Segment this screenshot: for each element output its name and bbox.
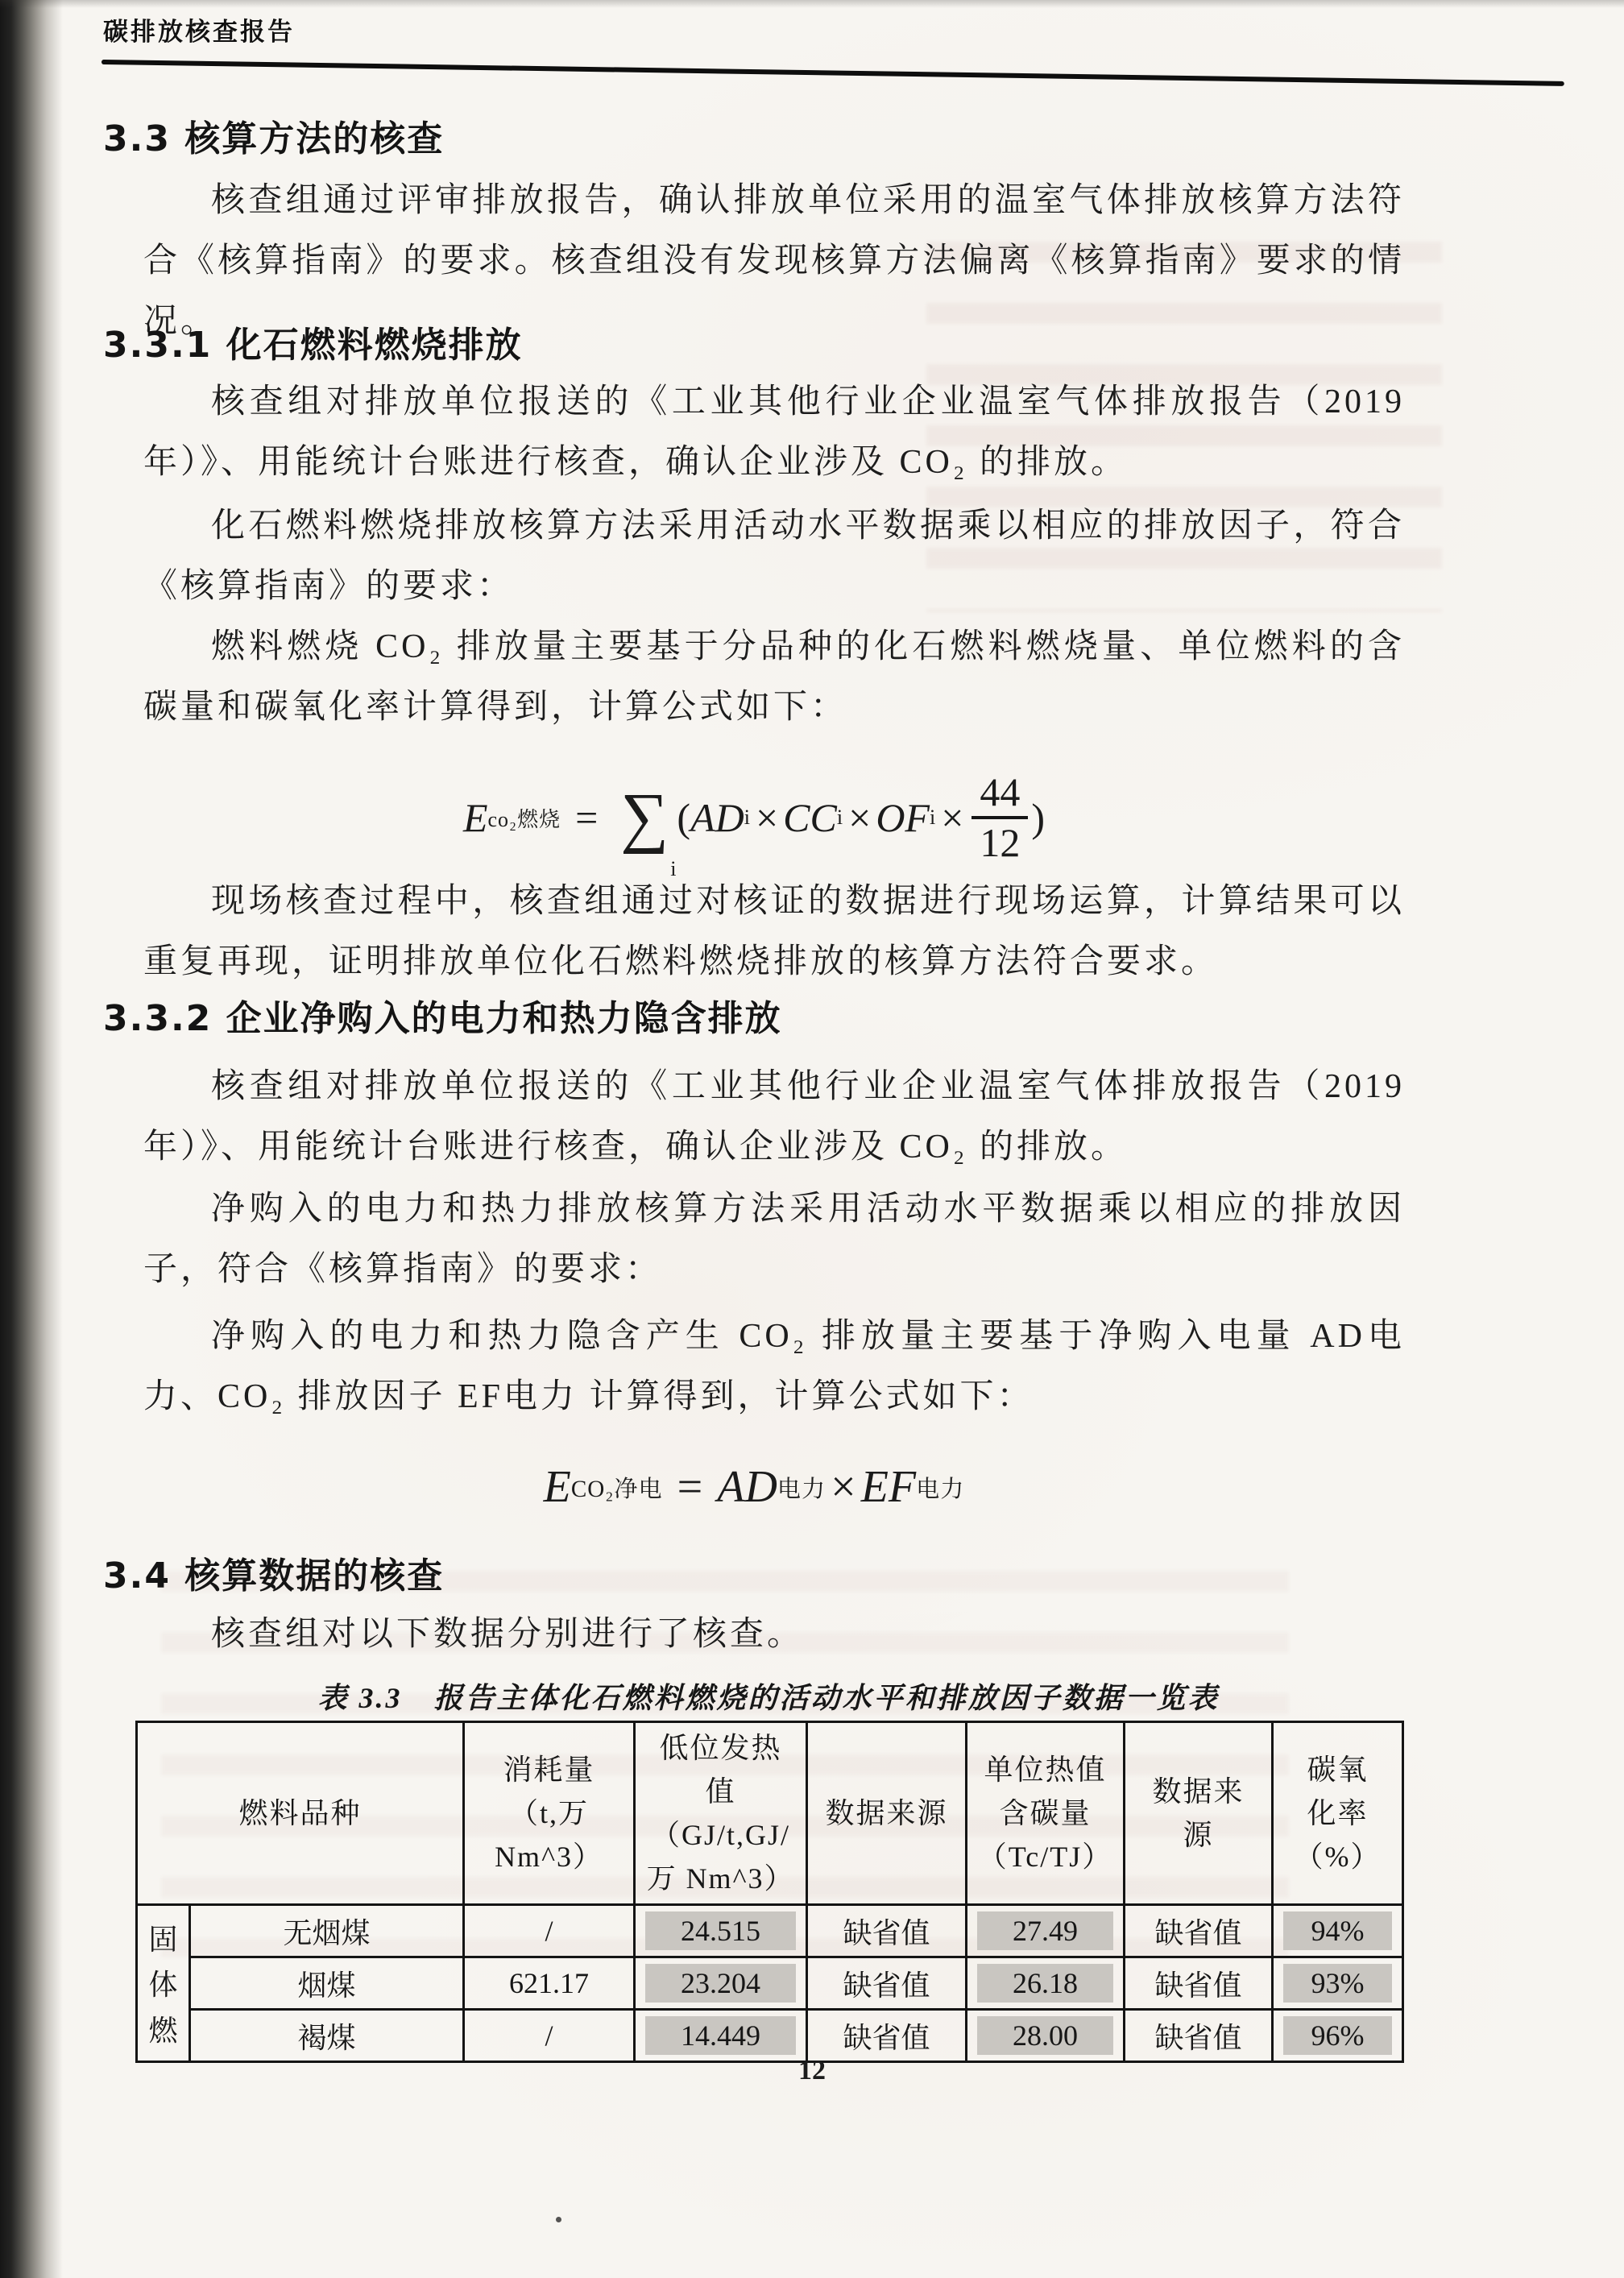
formula-lhs-subscript: CO₂净电 xyxy=(571,1470,663,1504)
header-cc-source: 数据来 源 xyxy=(1125,1722,1273,1905)
shaded-value: 94% xyxy=(1283,1911,1392,1950)
shaded-value: 14.449 xyxy=(645,2016,796,2055)
cell-ncv-source: 缺省值 xyxy=(807,1905,967,1957)
cell-consumption: 621.17 xyxy=(464,1957,635,2010)
section-3-3-1-heading: 3.3.1 化石燃料燃烧排放 xyxy=(103,316,523,367)
fraction-numerator: 44 xyxy=(971,770,1028,819)
header-rule xyxy=(101,60,1564,86)
cell-ncv: 14.449 xyxy=(635,2010,807,2062)
fuel-group-solid-label: 固 体 燃 xyxy=(137,1905,190,2062)
section-3-3-2-paragraph-2: 净购入的电力和热力排放核算方法采用活动水平数据乘以相应的排放因子，符合《核算指南… xyxy=(143,1179,1405,1300)
cell-carbon-content: 28.00 xyxy=(967,2010,1125,2062)
cell-ncv-source: 缺省值 xyxy=(807,1957,967,2010)
scanned-report-page: 碳排放核查报告 3.3 核算方法的核查 核查组通过评审排放报告，确认排放单位采用… xyxy=(0,0,1624,2278)
cell-oxidation: 93% xyxy=(1273,1957,1403,2010)
cell-cc-source: 缺省值 xyxy=(1125,2010,1273,2062)
cell-carbon-content: 26.18 xyxy=(967,1957,1125,2010)
header-ncv: 低位发热 值 （GJ/t,GJ/ 万 Nm^3） xyxy=(635,1722,807,1905)
shaded-value: 93% xyxy=(1283,1964,1392,2003)
multiply-sign: × xyxy=(831,1461,856,1513)
formula-fuel-combustion: Eco₂燃烧 = ∑i ( ADi × CCi × OFi × 44 12 ) xyxy=(103,749,1405,886)
page-number: 12 xyxy=(0,2056,1624,2086)
cell-fuel: 褐煤 xyxy=(190,2010,464,2062)
formula-lhs-subscript: co₂燃烧 xyxy=(487,803,561,833)
section-3-4-paragraph: 核查组对以下数据分别进行了核查。 xyxy=(143,1605,1405,1665)
cell-consumption: / xyxy=(464,1905,635,1957)
section-3-3-2-paragraph-1: 核查组对排放单位报送的《工业其他行业企业温室气体排放报告（2019年）》、用能统… xyxy=(143,1057,1405,1178)
section-3-4-heading: 3.4 核算数据的核查 xyxy=(103,1547,444,1598)
emission-factor-subscript: 电力 xyxy=(916,1470,964,1504)
scan-speck xyxy=(556,2217,561,2222)
shaded-value: 27.49 xyxy=(977,1911,1113,1950)
formula-net-purchased-electricity: ECO₂净电 = AD电力 × EF电力 xyxy=(103,1447,1405,1527)
cell-fuel: 无烟煤 xyxy=(190,1905,464,1957)
header-carbon-content: 单位热值 含碳量 （Tc/TJ） xyxy=(967,1722,1125,1905)
open-paren: ( xyxy=(677,794,690,841)
electricity-activity-subscript: 电力 xyxy=(777,1470,826,1504)
table-row: 褐煤 / 14.449 缺省值 28.00 缺省值 96% xyxy=(137,2010,1403,2062)
carbon-content-subscript: i xyxy=(837,806,843,830)
header-oxidation-rate: 碳氧 化率 （%） xyxy=(1273,1722,1403,1905)
shaded-value: 96% xyxy=(1283,2016,1392,2055)
equals-sign: = xyxy=(575,794,598,841)
cell-oxidation: 96% xyxy=(1273,2010,1403,2062)
section-3-3-1-paragraph-1: 核查组对排放单位报送的《工业其他行业企业温室气体排放报告（2019年）》、用能统… xyxy=(143,372,1405,493)
running-header-title: 碳排放核查报告 xyxy=(103,11,295,48)
cell-ncv: 23.204 xyxy=(635,1957,807,2010)
table-3-3-caption: 表 3.3 报告主体化石燃料燃烧的活动水平和排放因子数据一览表 xyxy=(135,1675,1402,1717)
cell-cc-source: 缺省值 xyxy=(1125,1905,1273,1957)
section-3-3-1-paragraph-2: 化石燃料燃烧排放核算方法采用活动水平数据乘以相应的排放因子，符合《核算指南》的要… xyxy=(143,496,1405,617)
cell-ncv-source: 缺省值 xyxy=(807,2010,967,2062)
table-row: 固 体 燃 无烟煤 / 24.515 缺省值 27.49 缺省值 94% xyxy=(137,1905,1403,1957)
group-char: 体 xyxy=(139,1962,187,2003)
carbon-content-term: CC xyxy=(783,794,837,841)
section-3-3-2-paragraph-3: 净购入的电力和热力隐含产生 CO₂ 排放量主要基于净购入电量 AD电力、CO₂ … xyxy=(143,1307,1405,1427)
section-3-3-2-heading: 3.3.2 企业净购入的电力和热力隐含排放 xyxy=(103,989,782,1041)
emission-factor-term: EF xyxy=(861,1461,916,1513)
shaded-value: 24.515 xyxy=(645,1911,796,1950)
multiply-sign: × xyxy=(941,794,963,841)
cell-oxidation: 94% xyxy=(1273,1905,1403,1957)
activity-data-term: AD xyxy=(690,794,744,841)
formula-lhs: E xyxy=(463,794,488,841)
table-header-row: 燃料品种 消耗量 （t,万 Nm^3） 低位发热 值 （GJ/t,GJ/ 万 N… xyxy=(137,1722,1403,1905)
close-paren: ) xyxy=(1031,794,1045,841)
table-row: 烟煤 621.17 23.204 缺省值 26.18 缺省值 93% xyxy=(137,1957,1403,2010)
oxidation-factor-subscript: i xyxy=(930,806,936,830)
shaded-value: 23.204 xyxy=(645,1964,796,2003)
header-consumption: 消耗量 （t,万 Nm^3） xyxy=(464,1722,635,1905)
section-3-3-heading: 3.3 核算方法的核查 xyxy=(103,110,444,161)
equals-sign: = xyxy=(677,1461,703,1513)
fraction-denominator: 12 xyxy=(980,819,1020,865)
electricity-activity-term: AD xyxy=(717,1461,777,1513)
cell-cc-source: 缺省值 xyxy=(1125,1957,1273,2010)
sigma-symbol: ∑ xyxy=(620,784,669,851)
activity-data-subscript: i xyxy=(744,806,751,830)
cell-ncv: 24.515 xyxy=(635,1905,807,1957)
cell-fuel: 烟煤 xyxy=(190,1957,464,2010)
header-fuel-type: 燃料品种 xyxy=(137,1722,464,1905)
formula-lhs: E xyxy=(544,1461,571,1513)
section-3-3-1-paragraph-4: 现场核查过程中，核查组通过对核证的数据进行现场运算，计算结果可以重复再现，证明排… xyxy=(143,872,1405,992)
shaded-value: 26.18 xyxy=(977,1964,1113,2003)
cell-carbon-content: 27.49 xyxy=(967,1905,1125,1957)
shaded-value: 28.00 xyxy=(977,2016,1113,2055)
fuel-data-table: 燃料品种 消耗量 （t,万 Nm^3） 低位发热 值 （GJ/t,GJ/ 万 N… xyxy=(135,1721,1404,2063)
scan-spine-shadow xyxy=(0,0,63,2278)
group-char: 燃 xyxy=(139,2008,187,2049)
oxidation-factor-term: OF xyxy=(876,794,930,841)
cell-consumption: / xyxy=(464,2010,635,2062)
multiply-sign: × xyxy=(756,794,778,841)
multiply-sign: × xyxy=(848,794,871,841)
section-3-3-1-paragraph-3: 燃料燃烧 CO₂ 排放量主要基于分品种的化石燃料燃烧量、单位燃料的含碳量和碳氧化… xyxy=(143,617,1405,738)
scan-top-shadow xyxy=(0,0,1624,8)
header-ncv-source: 数据来源 xyxy=(807,1722,967,1905)
fraction-44-12: 44 12 xyxy=(971,770,1028,865)
group-char: 固 xyxy=(139,1917,187,1958)
